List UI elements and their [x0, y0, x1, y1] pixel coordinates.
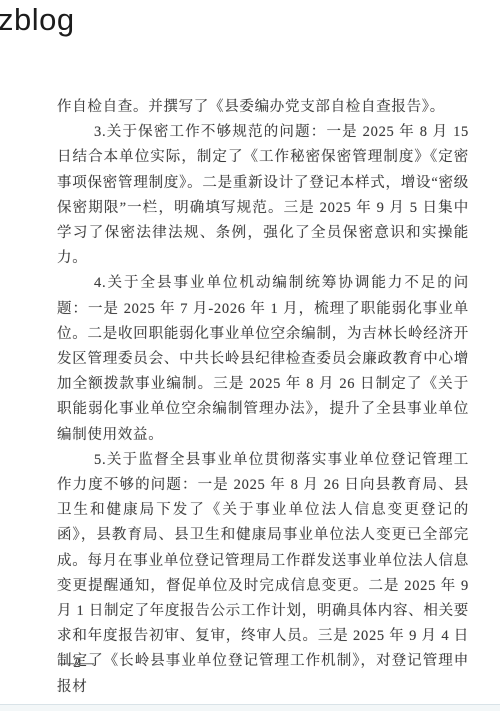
document-paragraph: 4.关于全县事业单位机动编制统筹协调能力不足的问题：一是 2025 年 7 月-…: [57, 271, 469, 447]
document-paragraph: 5.关于监督全县事业单位贯彻落实事业单位登记管理工作力度不够的问题：一是 202…: [57, 448, 469, 700]
document-body: 作自检自查。并撰写了《县委编办党支部自检自查报告》。 3.关于保密工作不够规范的…: [57, 95, 469, 700]
zblog-logo: zblog: [0, 0, 75, 41]
scanned-document-page: zblog 作自检自查。并撰写了《县委编办党支部自检自查报告》。 3.关于保密工…: [0, 0, 500, 711]
document-paragraph: 3.关于保密工作不够规范的问题：一是 2025 年 8 月 15 日结合本单位实…: [57, 120, 469, 271]
page-bottom-edge: [0, 704, 500, 711]
page-number: — 2 —: [60, 656, 94, 672]
document-paragraph: 作自检自查。并撰写了《县委编办党支部自检自查报告》。: [57, 95, 469, 120]
